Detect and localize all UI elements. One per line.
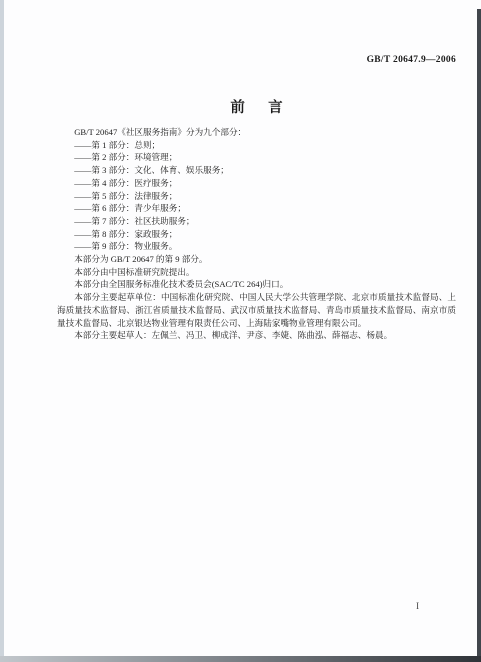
standard-number: GB/T 20647.9—2006: [57, 55, 456, 65]
document-page: GB/T 20647.9—2006 前言 GB/T 20647《社区服务指南》分…: [0, 0, 481, 662]
paragraph: ——第 4 部分：医疗服务；: [57, 177, 456, 190]
page-title: 前言: [57, 96, 456, 117]
scan-edge-bottom: [0, 656, 481, 662]
scan-edge-left: [0, 0, 4, 662]
scan-edge-right: [477, 9, 481, 662]
paragraph: 本部分主要起草单位：中国标准化研究院、中国人民大学公共管理学院、北京市质量技术监…: [57, 291, 456, 329]
paragraph: ——第 9 部分：物业服务。: [57, 240, 456, 253]
paragraph: 本部分主要起草人：左佩兰、冯卫、柳成洋、尹彦、李婕、陈曲泓、薛福志、杨晨。: [57, 329, 456, 342]
foreword-body: GB/T 20647《社区服务指南》分为九个部分：——第 1 部分：总则；——第…: [57, 126, 456, 342]
paragraph: ——第 5 部分：法律服务；: [57, 190, 456, 203]
paragraph: ——第 6 部分：青少年服务；: [57, 202, 456, 215]
page-title-text: 前言: [230, 100, 305, 116]
paragraph: ——第 7 部分：社区扶助服务；: [57, 215, 456, 228]
paragraph: ——第 1 部分：总则；: [57, 139, 456, 152]
paragraph: ——第 2 部分：环境管理；: [57, 151, 456, 164]
paragraph: 本部分由全国服务标准化技术委员会(SAC/TC 264)归口。: [57, 278, 456, 291]
paragraph: ——第 3 部分：文化、体育、娱乐服务；: [57, 164, 456, 177]
paragraph: 本部分为 GB/T 20647 的第 9 部分。: [57, 253, 456, 266]
page-number: I: [416, 602, 419, 612]
paragraph: GB/T 20647《社区服务指南》分为九个部分：: [57, 126, 456, 139]
paragraph: 本部分由中国标准研究院提出。: [57, 266, 456, 279]
paragraph: ——第 8 部分：家政服务；: [57, 228, 456, 241]
